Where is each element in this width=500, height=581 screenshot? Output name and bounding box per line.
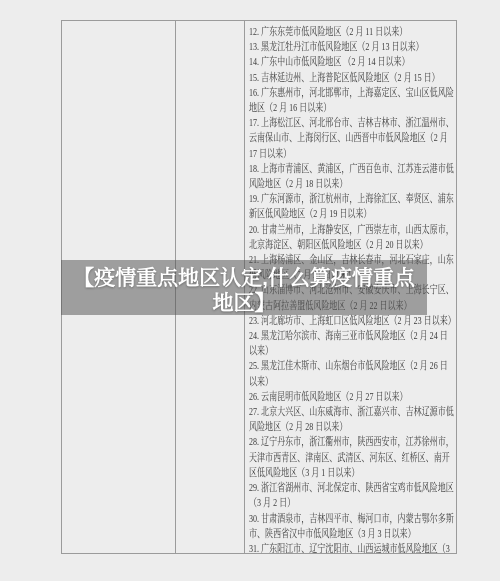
risk-list-line: 风险地区（2 月 28 日以来） [249, 420, 456, 435]
risk-list-line: 新区低风险地区（2 月 19 日以来） [249, 207, 456, 222]
risk-list-line: 区低风险地区（3 月 1 日以来） [249, 466, 456, 481]
risk-list-line: 15. 吉林延边州、上海普陀区低风险地区（2 月 15 日） [249, 71, 456, 86]
risk-list-line: 以来） [249, 344, 456, 359]
risk-list-line: 26. 云南昆明市低风险地区（2 月 27 日以来） [249, 390, 456, 405]
risk-list-line: 30. 甘肃酒泉市，吉林四平市、梅河口市，内蒙古鄂尔多斯 [249, 512, 456, 527]
risk-list-line: 19. 广东河源市，浙江杭州市，上海徐汇区、奉贤区、浦东 [249, 192, 456, 207]
risk-list-line: 北京海淀区、朝阳区低风险地区（2 月 20 日以来） [249, 238, 456, 253]
watermark-title: 【疫情重点地区认定,什么算疫情重点 地区】 [61, 260, 427, 316]
watermark-overlay: 【疫情重点地区认定,什么算疫情重点 地区】 [61, 260, 427, 315]
risk-list-line: 23. 河北廊坊市、上海虹口区低风险地区（2 月 23 日以来） [249, 314, 456, 329]
risk-list-line: 31. 广东阳江市、辽宁沈阳市、山西运城市低风险地区（3 [249, 542, 456, 553]
risk-list-line: 27. 北京大兴区、山东威海市、浙江嘉兴市、吉林辽源市低 [249, 405, 456, 420]
watermark-title-line2: 地区】 [61, 291, 427, 316]
risk-list-line: 16. 广东惠州市，河北邯郸市，上海嘉定区、宝山区低风险 [249, 86, 456, 101]
risk-list-line: 28. 辽宁丹东市，浙江衢州市，陕西西安市，江苏徐州市， [249, 435, 456, 450]
risk-list-line: 17 日以来） [249, 147, 456, 162]
risk-list-line: 18. 上海市青浦区、黄浦区，广西百色市、江苏连云港市低 [249, 162, 456, 177]
risk-list-line: 17. 上海松江区、河北邢台市、吉林吉林市、浙江温州市、 [249, 116, 456, 131]
risk-list-line: 地区（2 月 16 日以来） [249, 101, 456, 116]
risk-list-line: 29. 浙江省湖州市、河北保定市、陕西省宝鸡市低风险地区 [249, 481, 456, 496]
risk-list-line: 13. 黑龙江牡丹江市低风险地区（2 月 13 日以来） [249, 40, 456, 55]
watermark-title-line1: 【疫情重点地区认定,什么算疫情重点 [61, 266, 427, 291]
risk-list-line: 25. 黑龙江佳木斯市、山东烟台市低风险地区（2 月 26 日 [249, 359, 456, 374]
risk-list-line: （3 月 2 日） [249, 496, 456, 511]
risk-list-line: 20. 甘肃兰州市，上海静安区，广西崇左市，山西太原市， [249, 223, 456, 238]
risk-list-line: 市、陕西省汉中市低风险地区（3 月 3 日以来） [249, 527, 456, 542]
risk-list-line: 14. 广东中山市低风险地区 （2 月 14 日以来） [249, 55, 456, 70]
risk-list-line: 以来） [249, 375, 456, 390]
risk-list-line: 天津市西青区、津南区、武清区、河东区、红桥区、南开 [249, 451, 456, 466]
risk-list-line: 12. 广东东莞市低风险地区（2 月 11 日以来） [249, 25, 456, 40]
risk-list-line: 24. 黑龙江哈尔滨市、海南三亚市低风险地区（2 月 24 日 [249, 329, 456, 344]
risk-list-line: 风险地区（2 月 18 日以来） [249, 177, 456, 192]
risk-list-line: 云南保山市、上海闵行区、山西晋中市低风险地区（2 月 [249, 131, 456, 146]
